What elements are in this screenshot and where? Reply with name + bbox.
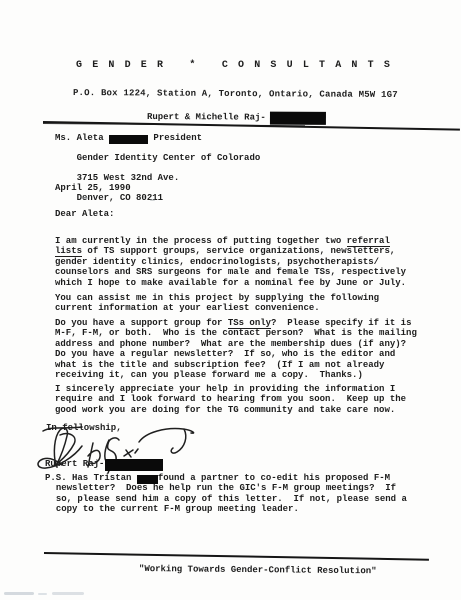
recipient-city-state-zip: Denver, CO 80211 bbox=[77, 193, 163, 203]
paragraph-text: I am currently in the process of putting… bbox=[55, 236, 347, 246]
footer-slogan: "Working Towards Gender-Conflict Resolut… bbox=[139, 564, 377, 577]
scan-smudge bbox=[4, 592, 34, 595]
footer-divider-line bbox=[44, 552, 429, 561]
recipient-title: President bbox=[148, 133, 202, 143]
salutation: Dear Aleta: bbox=[55, 209, 114, 219]
underlined-term-tss-only: TSs only bbox=[228, 318, 271, 329]
letter-date: April 25, 1990 bbox=[55, 183, 131, 193]
body-paragraph-1: I am currently in the process of putting… bbox=[55, 236, 425, 288]
scanned-letter-page: G E N D E R * C O N S U L T A N T S P.O.… bbox=[0, 0, 461, 600]
letterhead-principals-text: Rupert & Michelle Raj- bbox=[147, 112, 266, 123]
scan-smudge bbox=[150, 199, 155, 201]
body-paragraph-4: I sincerely appreciate your help in prov… bbox=[55, 384, 425, 415]
body-paragraph-3: Do you have a support group for TSs only… bbox=[55, 318, 430, 380]
letterhead-address: P.O. Box 1224, Station A, Toronto, Ontar… bbox=[73, 88, 398, 100]
letterhead-org-name: G E N D E R * C O N S U L T A N T S bbox=[76, 61, 392, 71]
underlined-term-lists: lists bbox=[55, 246, 82, 257]
scan-smudge bbox=[82, 197, 88, 199]
scan-smudge bbox=[38, 593, 47, 595]
recipient-org: Gender Identity Center of Colorado bbox=[77, 153, 261, 163]
paragraph-text: of TS support groups, service organizati… bbox=[55, 246, 406, 287]
letterhead-divider-line-echo bbox=[43, 123, 305, 126]
postscript-text: P.S. Has Tristan bbox=[45, 473, 137, 483]
paragraph-text: Do you have a support group for bbox=[55, 318, 228, 328]
signer-name-text: Rupert Raj- bbox=[45, 459, 104, 469]
redaction-box-recipient-surname bbox=[109, 135, 148, 145]
recipient-name-prefix: Ms. Aleta bbox=[55, 133, 109, 143]
postscript-paragraph: P.S. Has Tristan found a partner to co-e… bbox=[45, 473, 430, 514]
redaction-box-signer-surname bbox=[105, 459, 163, 471]
recipient-street: 3715 West 32nd Ave. bbox=[77, 173, 180, 183]
signer-name-line: Rupert Raj- bbox=[45, 457, 163, 469]
redaction-box-tristan-surname bbox=[137, 475, 158, 484]
scan-smudge bbox=[52, 592, 84, 595]
underlined-term-referral: referral bbox=[347, 236, 390, 247]
body-paragraph-2: You can assist me in this project by sup… bbox=[55, 293, 425, 314]
letterhead-principals: Rupert & Michelle Raj- bbox=[147, 109, 326, 123]
redaction-box-principals-surname bbox=[270, 112, 326, 125]
